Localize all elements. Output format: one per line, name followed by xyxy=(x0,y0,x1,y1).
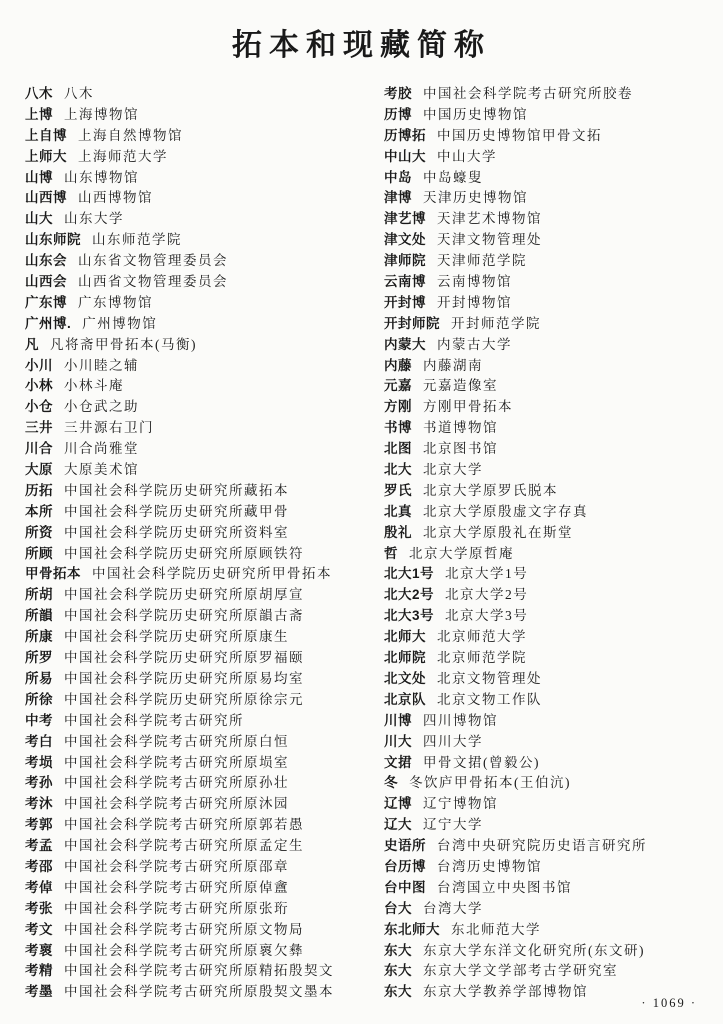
list-item: 云南博云南博物馆 xyxy=(384,272,723,293)
abbreviation: 川博 xyxy=(384,713,412,728)
list-item: 本所中国社会科学院历史研究所藏甲骨 xyxy=(25,502,360,523)
abbreviation: 所康 xyxy=(25,629,53,644)
full-name: 云南博物馆 xyxy=(437,274,512,289)
list-item: 方刚方刚甲骨拓本 xyxy=(384,397,723,418)
abbreviation: 云南博 xyxy=(384,274,426,289)
abbreviation: 川大 xyxy=(384,734,412,749)
list-item: 考精中国社会科学院考古研究所原精拓殷契文 xyxy=(25,961,360,982)
list-item: 所易中国社会科学院历史研究所原易均室 xyxy=(25,669,360,690)
list-item: 津师院天津师范学院 xyxy=(384,251,723,272)
abbreviation: 北师大 xyxy=(384,629,426,644)
list-item: 东北师大东北师范大学 xyxy=(384,920,723,941)
abbreviation: 罗氏 xyxy=(384,483,412,498)
full-name: 北京大学2号 xyxy=(445,587,528,602)
full-name: 中国社会科学院历史研究所原徐宗元 xyxy=(64,692,304,707)
abbreviation: 山大 xyxy=(25,211,53,226)
full-name: 凡将斋甲骨拓本(马衡) xyxy=(50,337,197,352)
list-item: 北大3号北京大学3号 xyxy=(384,606,723,627)
full-name: 小仓武之助 xyxy=(64,399,139,414)
full-name: 方刚甲骨拓本 xyxy=(423,399,513,414)
abbreviation: 北师院 xyxy=(384,650,426,665)
abbreviation: 北图 xyxy=(384,441,412,456)
list-item: 考邵中国社会科学院考古研究所原邵章 xyxy=(25,857,360,878)
abbreviation: 所易 xyxy=(25,671,53,686)
abbreviation: 北大 xyxy=(384,462,412,477)
full-name: 中国社会科学院考古研究所原文物局 xyxy=(64,922,304,937)
abbreviation: 考褱 xyxy=(25,943,53,958)
full-name: 冬饮庐甲骨拓本(王伯沆) xyxy=(409,775,571,790)
list-item: 历拓中国社会科学院历史研究所藏拓本 xyxy=(25,481,360,502)
full-name: 中国社会科学院历史研究所原韻古斋 xyxy=(64,608,304,623)
list-item: 中山大中山大学 xyxy=(384,147,723,168)
abbreviation: 山西会 xyxy=(25,274,67,289)
list-item: 津博天津历史博物馆 xyxy=(384,188,723,209)
abbreviation: 考精 xyxy=(25,963,53,978)
abbreviation: 八木 xyxy=(25,86,53,101)
list-item: 北文处北京文物管理处 xyxy=(384,669,723,690)
abbreviation: 北京队 xyxy=(384,692,426,707)
full-name: 中国社会科学院考古研究所原张珩 xyxy=(64,901,289,916)
list-item: 哲北京大学原哲庵 xyxy=(384,544,723,565)
abbreviation: 广东博 xyxy=(25,295,67,310)
list-item: 所胡中国社会科学院历史研究所原胡厚宣 xyxy=(25,585,360,606)
abbreviation: 历博拓 xyxy=(384,128,426,143)
list-item: 川大四川大学 xyxy=(384,732,723,753)
abbreviation: 大原 xyxy=(25,462,53,477)
list-item: 辽博辽宁博物馆 xyxy=(384,794,723,815)
abbreviation: 山东师院 xyxy=(25,232,81,247)
abbreviation: 小仓 xyxy=(25,399,53,414)
abbreviation: 广州博. xyxy=(25,316,71,331)
abbreviation: 考孙 xyxy=(25,775,53,790)
full-name: 四川博物馆 xyxy=(423,713,498,728)
full-name: 广东博物馆 xyxy=(78,295,153,310)
full-name: 中国社会科学院历史研究所原顾铁符 xyxy=(64,546,304,561)
abbreviation: 台大 xyxy=(384,901,412,916)
full-name: 大原美术馆 xyxy=(64,462,139,477)
list-item: 广东博广东博物馆 xyxy=(25,293,360,314)
full-name: 中国社会科学院考古研究所 xyxy=(64,713,244,728)
full-name: 上海师范大学 xyxy=(78,149,168,164)
abbreviation: 历拓 xyxy=(25,483,53,498)
full-name: 山东省文物管理委员会 xyxy=(78,253,228,268)
list-item: 凡凡将斋甲骨拓本(马衡) xyxy=(25,335,360,356)
abbreviation: 冬 xyxy=(384,775,398,790)
abbreviation: 方刚 xyxy=(384,399,412,414)
right-column: 考胶中国社会科学院考古研究所胶卷历博中国历史博物馆历博拓中国历史博物馆甲骨文拓中… xyxy=(384,84,723,1003)
full-name: 四川大学 xyxy=(423,734,483,749)
full-name: 天津艺术博物馆 xyxy=(437,211,542,226)
page-number: · 1069 · xyxy=(641,996,697,1011)
list-item: 考褱中国社会科学院考古研究所原褱欠彝 xyxy=(25,941,360,962)
list-item: 台大台湾大学 xyxy=(384,899,723,920)
full-name: 东京大学东洋文化研究所(东文研) xyxy=(423,943,645,958)
list-item: 北大1号北京大学1号 xyxy=(384,564,723,585)
abbreviation: 台中图 xyxy=(384,880,426,895)
full-name: 三井源右卫门 xyxy=(64,420,154,435)
list-item: 东大东京大学文学部考古学研究室 xyxy=(384,961,723,982)
abbreviation: 所罗 xyxy=(25,650,53,665)
list-item: 上师大上海师范大学 xyxy=(25,147,360,168)
list-item: 考孟中国社会科学院考古研究所原孟定生 xyxy=(25,836,360,857)
list-item: 小林小林斗庵 xyxy=(25,376,360,397)
list-item: 北大2号北京大学2号 xyxy=(384,585,723,606)
list-item: 内蒙大内蒙古大学 xyxy=(384,335,723,356)
full-name: 北京大学1号 xyxy=(445,566,528,581)
abbreviation: 北大1号 xyxy=(384,566,434,581)
full-name: 中国社会科学院考古研究所原褱欠彝 xyxy=(64,943,304,958)
full-name: 小川睦之辅 xyxy=(64,358,139,373)
full-name: 中国社会科学院考古研究所原埙室 xyxy=(64,755,289,770)
full-name: 台湾历史博物馆 xyxy=(437,859,542,874)
list-item: 山西博山西博物馆 xyxy=(25,188,360,209)
full-name: 上海自然博物馆 xyxy=(78,128,183,143)
full-name: 天津师范学院 xyxy=(437,253,527,268)
list-item: 八木八木 xyxy=(25,84,360,105)
full-name: 中国社会科学院考古研究所原精拓殷契文 xyxy=(64,963,334,978)
list-item: 冬冬饮庐甲骨拓本(王伯沆) xyxy=(384,773,723,794)
full-name: 中国社会科学院历史研究所资料室 xyxy=(64,525,289,540)
full-name: 北京大学原罗氏脱本 xyxy=(423,483,558,498)
abbreviation: 考墨 xyxy=(25,984,53,999)
abbreviation: 所韻 xyxy=(25,608,53,623)
list-item: 考埙中国社会科学院考古研究所原埙室 xyxy=(25,753,360,774)
page-title: 拓本和现藏简称 xyxy=(0,0,723,64)
abbreviation: 所资 xyxy=(25,525,53,540)
list-item: 山东会山东省文物管理委员会 xyxy=(25,251,360,272)
list-item: 上自博上海自然博物馆 xyxy=(25,126,360,147)
list-item: 书博书道博物馆 xyxy=(384,418,723,439)
full-name: 中国社会科学院历史研究所原罗福颐 xyxy=(64,650,304,665)
full-name: 东京大学教养学部博物馆 xyxy=(423,984,588,999)
abbreviation: 小川 xyxy=(25,358,53,373)
abbreviation: 北文处 xyxy=(384,671,426,686)
abbreviation: 考埙 xyxy=(25,755,53,770)
abbreviation: 开封师院 xyxy=(384,316,440,331)
abbreviation: 考张 xyxy=(25,901,53,916)
abbreviation: 内藤 xyxy=(384,358,412,373)
abbreviation: 凡 xyxy=(25,337,39,352)
list-item: 史语所台湾中央研究院历史语言研究所 xyxy=(384,836,723,857)
full-name: 中国社会科学院考古研究所原邵章 xyxy=(64,859,289,874)
full-name: 小林斗庵 xyxy=(64,378,124,393)
full-name: 北京师范学院 xyxy=(437,650,527,665)
full-name: 北京大学原殷虚文字存真 xyxy=(423,504,588,519)
full-name: 北京图书馆 xyxy=(423,441,498,456)
full-name: 中国社会科学院历史研究所甲骨拓本 xyxy=(92,566,332,581)
list-item: 小仓小仓武之助 xyxy=(25,397,360,418)
abbreviation: 考孟 xyxy=(25,838,53,853)
list-item: 小川小川睦之辅 xyxy=(25,356,360,377)
list-item: 考倬中国社会科学院考古研究所原倬盦 xyxy=(25,878,360,899)
abbreviation: 考胶 xyxy=(384,86,412,101)
list-item: 考张中国社会科学院考古研究所原张珩 xyxy=(25,899,360,920)
abbreviation: 文捃 xyxy=(384,755,412,770)
list-item: 考孙中国社会科学院考古研究所原孙壮 xyxy=(25,773,360,794)
abbreviation: 山东会 xyxy=(25,253,67,268)
abbreviation: 考邵 xyxy=(25,859,53,874)
abbreviation: 北真 xyxy=(384,504,412,519)
list-item: 考文中国社会科学院考古研究所原文物局 xyxy=(25,920,360,941)
abbreviation: 上博 xyxy=(25,107,53,122)
full-name: 北京大学 xyxy=(423,462,483,477)
list-item: 北师大北京师范大学 xyxy=(384,627,723,648)
full-name: 八木 xyxy=(64,86,94,101)
list-item: 津艺博天津艺术博物馆 xyxy=(384,209,723,230)
full-name: 北京文物管理处 xyxy=(437,671,542,686)
full-name: 甲骨文捃(曾毅公) xyxy=(423,755,540,770)
full-name: 中国社会科学院考古研究所原孟定生 xyxy=(64,838,304,853)
abbreviation: 中岛 xyxy=(384,170,412,185)
list-item: 台中图台湾国立中央图书馆 xyxy=(384,878,723,899)
abbreviation: 台历博 xyxy=(384,859,426,874)
abbreviation: 东大 xyxy=(384,984,412,999)
full-name: 北京师范大学 xyxy=(437,629,527,644)
abbreviation: 中山大 xyxy=(384,149,426,164)
list-item: 川合川合尚雅堂 xyxy=(25,439,360,460)
full-name: 中岛蠔叟 xyxy=(423,170,483,185)
list-item: 所顾中国社会科学院历史研究所原顾铁符 xyxy=(25,544,360,565)
list-item: 中考中国社会科学院考古研究所 xyxy=(25,711,360,732)
full-name: 山东大学 xyxy=(64,211,124,226)
list-item: 三井三井源右卫门 xyxy=(25,418,360,439)
full-name: 上海博物馆 xyxy=(64,107,139,122)
abbreviation: 所胡 xyxy=(25,587,53,602)
list-item: 北图北京图书馆 xyxy=(384,439,723,460)
full-name: 台湾中央研究院历史语言研究所 xyxy=(437,838,647,853)
abbreviation: 内蒙大 xyxy=(384,337,426,352)
list-item: 考白中国社会科学院考古研究所原白恒 xyxy=(25,732,360,753)
full-name: 中国历史博物馆甲骨文拓 xyxy=(437,128,602,143)
abbreviation: 东大 xyxy=(384,963,412,978)
full-name: 开封师范学院 xyxy=(451,316,541,331)
full-name: 中国社会科学院考古研究所原孙壮 xyxy=(64,775,289,790)
list-item: 甲骨拓本中国社会科学院历史研究所甲骨拓本 xyxy=(25,564,360,585)
list-item: 所韻中国社会科学院历史研究所原韻古斋 xyxy=(25,606,360,627)
abbreviation: 小林 xyxy=(25,378,53,393)
abbreviation: 所徐 xyxy=(25,692,53,707)
abbreviation: 考沐 xyxy=(25,796,53,811)
abbreviation: 辽博 xyxy=(384,796,412,811)
abbreviation: 哲 xyxy=(384,546,398,561)
full-name: 开封博物馆 xyxy=(437,295,512,310)
list-item: 大原大原美术馆 xyxy=(25,460,360,481)
list-item: 考郭中国社会科学院考古研究所原郭若愚 xyxy=(25,815,360,836)
full-name: 川合尚雅堂 xyxy=(64,441,139,456)
abbreviation: 津博 xyxy=(384,190,412,205)
full-name: 中国社会科学院历史研究所原胡厚宣 xyxy=(64,587,304,602)
list-item: 考墨中国社会科学院考古研究所原殷契文墨本 xyxy=(25,982,360,1003)
list-item: 所资中国社会科学院历史研究所资料室 xyxy=(25,523,360,544)
list-item: 所徐中国社会科学院历史研究所原徐宗元 xyxy=(25,690,360,711)
full-name: 中国社会科学院历史研究所原易均室 xyxy=(64,671,304,686)
list-item: 历博中国历史博物馆 xyxy=(384,105,723,126)
abbreviation: 山博 xyxy=(25,170,53,185)
list-item: 所罗中国社会科学院历史研究所原罗福颐 xyxy=(25,648,360,669)
list-item: 考胶中国社会科学院考古研究所胶卷 xyxy=(384,84,723,105)
full-name: 中国社会科学院历史研究所藏甲骨 xyxy=(64,504,289,519)
full-name: 中国历史博物馆 xyxy=(423,107,528,122)
full-name: 中山大学 xyxy=(437,149,497,164)
abbreviation: 津师院 xyxy=(384,253,426,268)
abbreviation: 中考 xyxy=(25,713,53,728)
abbreviation: 考倬 xyxy=(25,880,53,895)
list-item: 辽大辽宁大学 xyxy=(384,815,723,836)
abbreviation: 辽大 xyxy=(384,817,412,832)
abbreviation: 上自博 xyxy=(25,128,67,143)
abbreviation: 开封博 xyxy=(384,295,426,310)
list-item: 元嘉元嘉造像室 xyxy=(384,376,723,397)
abbreviation: 所顾 xyxy=(25,546,53,561)
abbreviation: 山西博 xyxy=(25,190,67,205)
full-name: 北京大学3号 xyxy=(445,608,528,623)
abbreviation: 考郭 xyxy=(25,817,53,832)
list-item: 中岛中岛蠔叟 xyxy=(384,168,723,189)
abbreviation: 川合 xyxy=(25,441,53,456)
full-name: 中国社会科学院考古研究所原沐园 xyxy=(64,796,289,811)
full-name: 中国社会科学院考古研究所原郭若愚 xyxy=(64,817,304,832)
full-name: 台湾国立中央图书馆 xyxy=(437,880,572,895)
list-item: 开封博开封博物馆 xyxy=(384,293,723,314)
list-item: 考沐中国社会科学院考古研究所原沐园 xyxy=(25,794,360,815)
full-name: 山西博物馆 xyxy=(78,190,153,205)
full-name: 北京大学原哲庵 xyxy=(409,546,514,561)
list-item: 历博拓中国历史博物馆甲骨文拓 xyxy=(384,126,723,147)
abbreviation: 东北师大 xyxy=(384,922,440,937)
full-name: 辽宁大学 xyxy=(423,817,483,832)
full-name: 山西省文物管理委员会 xyxy=(78,274,228,289)
abbreviation: 甲骨拓本 xyxy=(25,566,81,581)
list-item: 津文处天津文物管理处 xyxy=(384,230,723,251)
full-name: 山东博物馆 xyxy=(64,170,139,185)
left-column: 八木八木上博上海博物馆上自博上海自然博物馆上师大上海师范大学山博山东博物馆山西博… xyxy=(25,84,360,1003)
full-name: 北京大学原殷礼在斯堂 xyxy=(423,525,573,540)
full-name: 台湾大学 xyxy=(423,901,483,916)
full-name: 中国社会科学院考古研究所原倬盦 xyxy=(64,880,289,895)
list-item: 东大东京大学东洋文化研究所(东文研) xyxy=(384,941,723,962)
full-name: 中国社会科学院考古研究所原白恒 xyxy=(64,734,289,749)
abbreviation: 东大 xyxy=(384,943,412,958)
full-name: 内蒙古大学 xyxy=(437,337,512,352)
list-item: 殷礼北京大学原殷礼在斯堂 xyxy=(384,523,723,544)
list-item: 北真北京大学原殷虚文字存真 xyxy=(384,502,723,523)
list-item: 山博山东博物馆 xyxy=(25,168,360,189)
list-item: 山东师院山东师范学院 xyxy=(25,230,360,251)
full-name: 中国社会科学院历史研究所藏拓本 xyxy=(64,483,289,498)
abbreviation: 本所 xyxy=(25,504,53,519)
list-item: 上博上海博物馆 xyxy=(25,105,360,126)
full-name: 广州博物馆 xyxy=(82,316,157,331)
full-name: 中国社会科学院考古研究所原殷契文墨本 xyxy=(64,984,334,999)
full-name: 辽宁博物馆 xyxy=(423,796,498,811)
list-item: 川博四川博物馆 xyxy=(384,711,723,732)
list-item: 文捃甲骨文捃(曾毅公) xyxy=(384,753,723,774)
abbreviation: 元嘉 xyxy=(384,378,412,393)
list-item: 台历博台湾历史博物馆 xyxy=(384,857,723,878)
full-name: 东北师范大学 xyxy=(451,922,541,937)
abbreviation: 书博 xyxy=(384,420,412,435)
full-name: 山东师范学院 xyxy=(92,232,182,247)
list-item: 北师院北京师范学院 xyxy=(384,648,723,669)
abbreviation: 历博 xyxy=(384,107,412,122)
abbreviation: 考文 xyxy=(25,922,53,937)
list-item: 山大山东大学 xyxy=(25,209,360,230)
abbreviation: 北大3号 xyxy=(384,608,434,623)
full-name: 书道博物馆 xyxy=(423,420,498,435)
list-item: 内藤内藤湖南 xyxy=(384,356,723,377)
list-item: 所康中国社会科学院历史研究所原康生 xyxy=(25,627,360,648)
list-item: 广州博.广州博物馆 xyxy=(25,314,360,335)
abbreviation: 上师大 xyxy=(25,149,67,164)
full-name: 内藤湖南 xyxy=(423,358,483,373)
list-item: 北京队北京文物工作队 xyxy=(384,690,723,711)
abbreviation: 津文处 xyxy=(384,232,426,247)
list-item: 北大北京大学 xyxy=(384,460,723,481)
abbreviation: 考白 xyxy=(25,734,53,749)
full-name: 中国社会科学院考古研究所胶卷 xyxy=(423,86,633,101)
list-item: 罗氏北京大学原罗氏脱本 xyxy=(384,481,723,502)
abbreviation: 津艺博 xyxy=(384,211,426,226)
full-name: 北京文物工作队 xyxy=(437,692,542,707)
full-name: 天津历史博物馆 xyxy=(423,190,528,205)
abbreviation-list: 八木八木上博上海博物馆上自博上海自然博物馆上师大上海师范大学山博山东博物馆山西博… xyxy=(0,84,723,1003)
full-name: 中国社会科学院历史研究所原康生 xyxy=(64,629,289,644)
abbreviation: 北大2号 xyxy=(384,587,434,602)
list-item: 山西会山西省文物管理委员会 xyxy=(25,272,360,293)
full-name: 元嘉造像室 xyxy=(423,378,498,393)
abbreviation: 殷礼 xyxy=(384,525,412,540)
list-item: 开封师院开封师范学院 xyxy=(384,314,723,335)
abbreviation: 三井 xyxy=(25,420,53,435)
full-name: 天津文物管理处 xyxy=(437,232,542,247)
full-name: 东京大学文学部考古学研究室 xyxy=(423,963,618,978)
abbreviation: 史语所 xyxy=(384,838,426,853)
